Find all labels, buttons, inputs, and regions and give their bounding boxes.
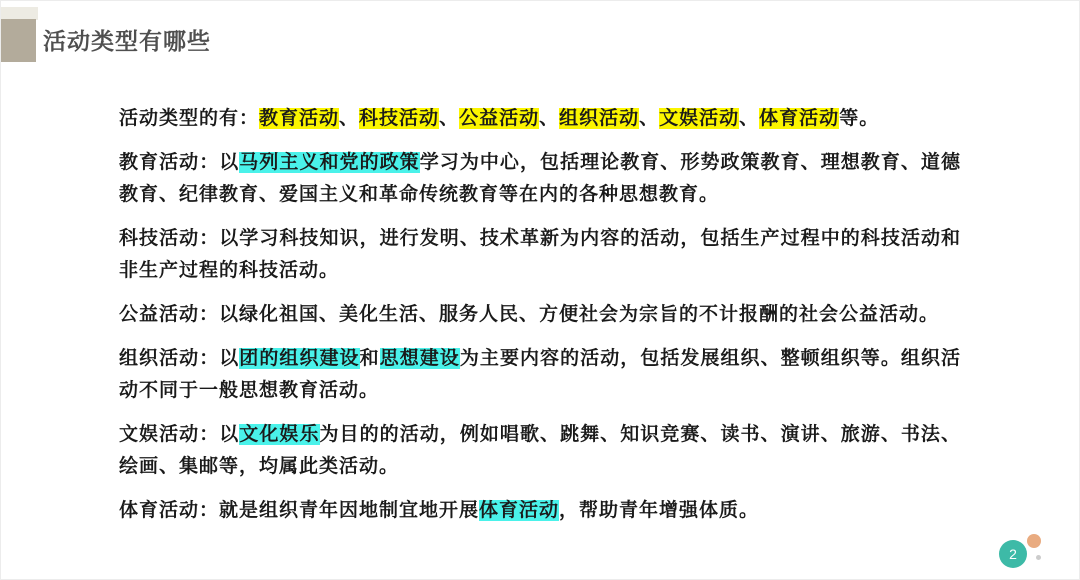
highlighted-text: 团的组织建设: [239, 348, 359, 369]
slide-title-block: 活动类型有哪些: [1, 1, 401, 71]
highlighted-text: 科技活动: [359, 108, 439, 129]
highlighted-text: 教育活动: [259, 108, 339, 129]
highlighted-text: 组织活动: [559, 108, 639, 129]
body-text: ，帮助青年增强体质。: [559, 500, 759, 521]
body-text: 等。: [839, 108, 879, 129]
body-text: 活动类型的有：: [119, 108, 259, 129]
body-paragraph: 活动类型的有：教育活动、科技活动、公益活动、组织活动、文娱活动、体育活动等。: [119, 103, 961, 135]
body-paragraph: 教育活动：以马列主义和党的政策学习为中心，包括理论教育、形势政策教育、理想教育、…: [119, 147, 961, 211]
highlighted-text: 文娱活动: [659, 108, 739, 129]
body-paragraph: 公益活动：以绿化祖国、美化生活、服务人民、方便社会为宗旨的不计报酬的社会公益活动…: [119, 299, 961, 331]
highlighted-text: 公益活动: [459, 108, 539, 129]
body-text: 公益活动：以绿化祖国、美化生活、服务人民、方便社会为宗旨的不计报酬的社会公益活动…: [119, 304, 939, 325]
page-title: 活动类型有哪些: [43, 23, 211, 56]
highlighted-text: 马列主义和党的政策: [239, 152, 419, 173]
slide-body: 活动类型的有：教育活动、科技活动、公益活动、组织活动、文娱活动、体育活动等。教育…: [119, 103, 961, 539]
page-number-badge: 2: [999, 540, 1027, 568]
body-text: 、: [439, 108, 459, 129]
body-text: 和: [360, 348, 380, 369]
body-text: 文娱活动：以: [119, 424, 239, 445]
presentation-slide: 活动类型有哪些 活动类型的有：教育活动、科技活动、公益活动、组织活动、文娱活动、…: [0, 0, 1080, 580]
body-text: 、: [339, 108, 359, 129]
body-text: 、: [539, 108, 559, 129]
body-text: 组织活动：以: [119, 348, 239, 369]
highlighted-text: 体育活动: [759, 108, 839, 129]
body-text: 教育活动：以: [119, 152, 239, 173]
highlighted-text: 体育活动: [479, 500, 559, 521]
body-text: 科技活动：以学习科技知识，进行发明、技术革新为内容的活动，包括生产过程中的科技活…: [119, 228, 961, 281]
decorative-dot-peach: [1027, 534, 1041, 548]
highlighted-text: 文化娱乐: [239, 424, 319, 445]
body-paragraph: 科技活动：以学习科技知识，进行发明、技术革新为内容的活动，包括生产过程中的科技活…: [119, 223, 961, 287]
body-text: 、: [639, 108, 659, 129]
body-paragraph: 组织活动：以团的组织建设和思想建设为主要内容的活动，包括发展组织、整顿组织等。组…: [119, 343, 961, 407]
body-text: 、: [739, 108, 759, 129]
highlighted-text: 思想建设: [380, 348, 460, 369]
decorative-dot-gray: [1036, 555, 1041, 560]
body-text: 体育活动：就是组织青年因地制宜地开展: [119, 500, 479, 521]
body-paragraph: 体育活动：就是组织青年因地制宜地开展体育活动，帮助青年增强体质。: [119, 495, 961, 527]
title-accent-square-dark: [1, 19, 36, 62]
body-paragraph: 文娱活动：以文化娱乐为目的的活动，例如唱歌、跳舞、知识竞赛、读书、演讲、旅游、书…: [119, 419, 961, 483]
